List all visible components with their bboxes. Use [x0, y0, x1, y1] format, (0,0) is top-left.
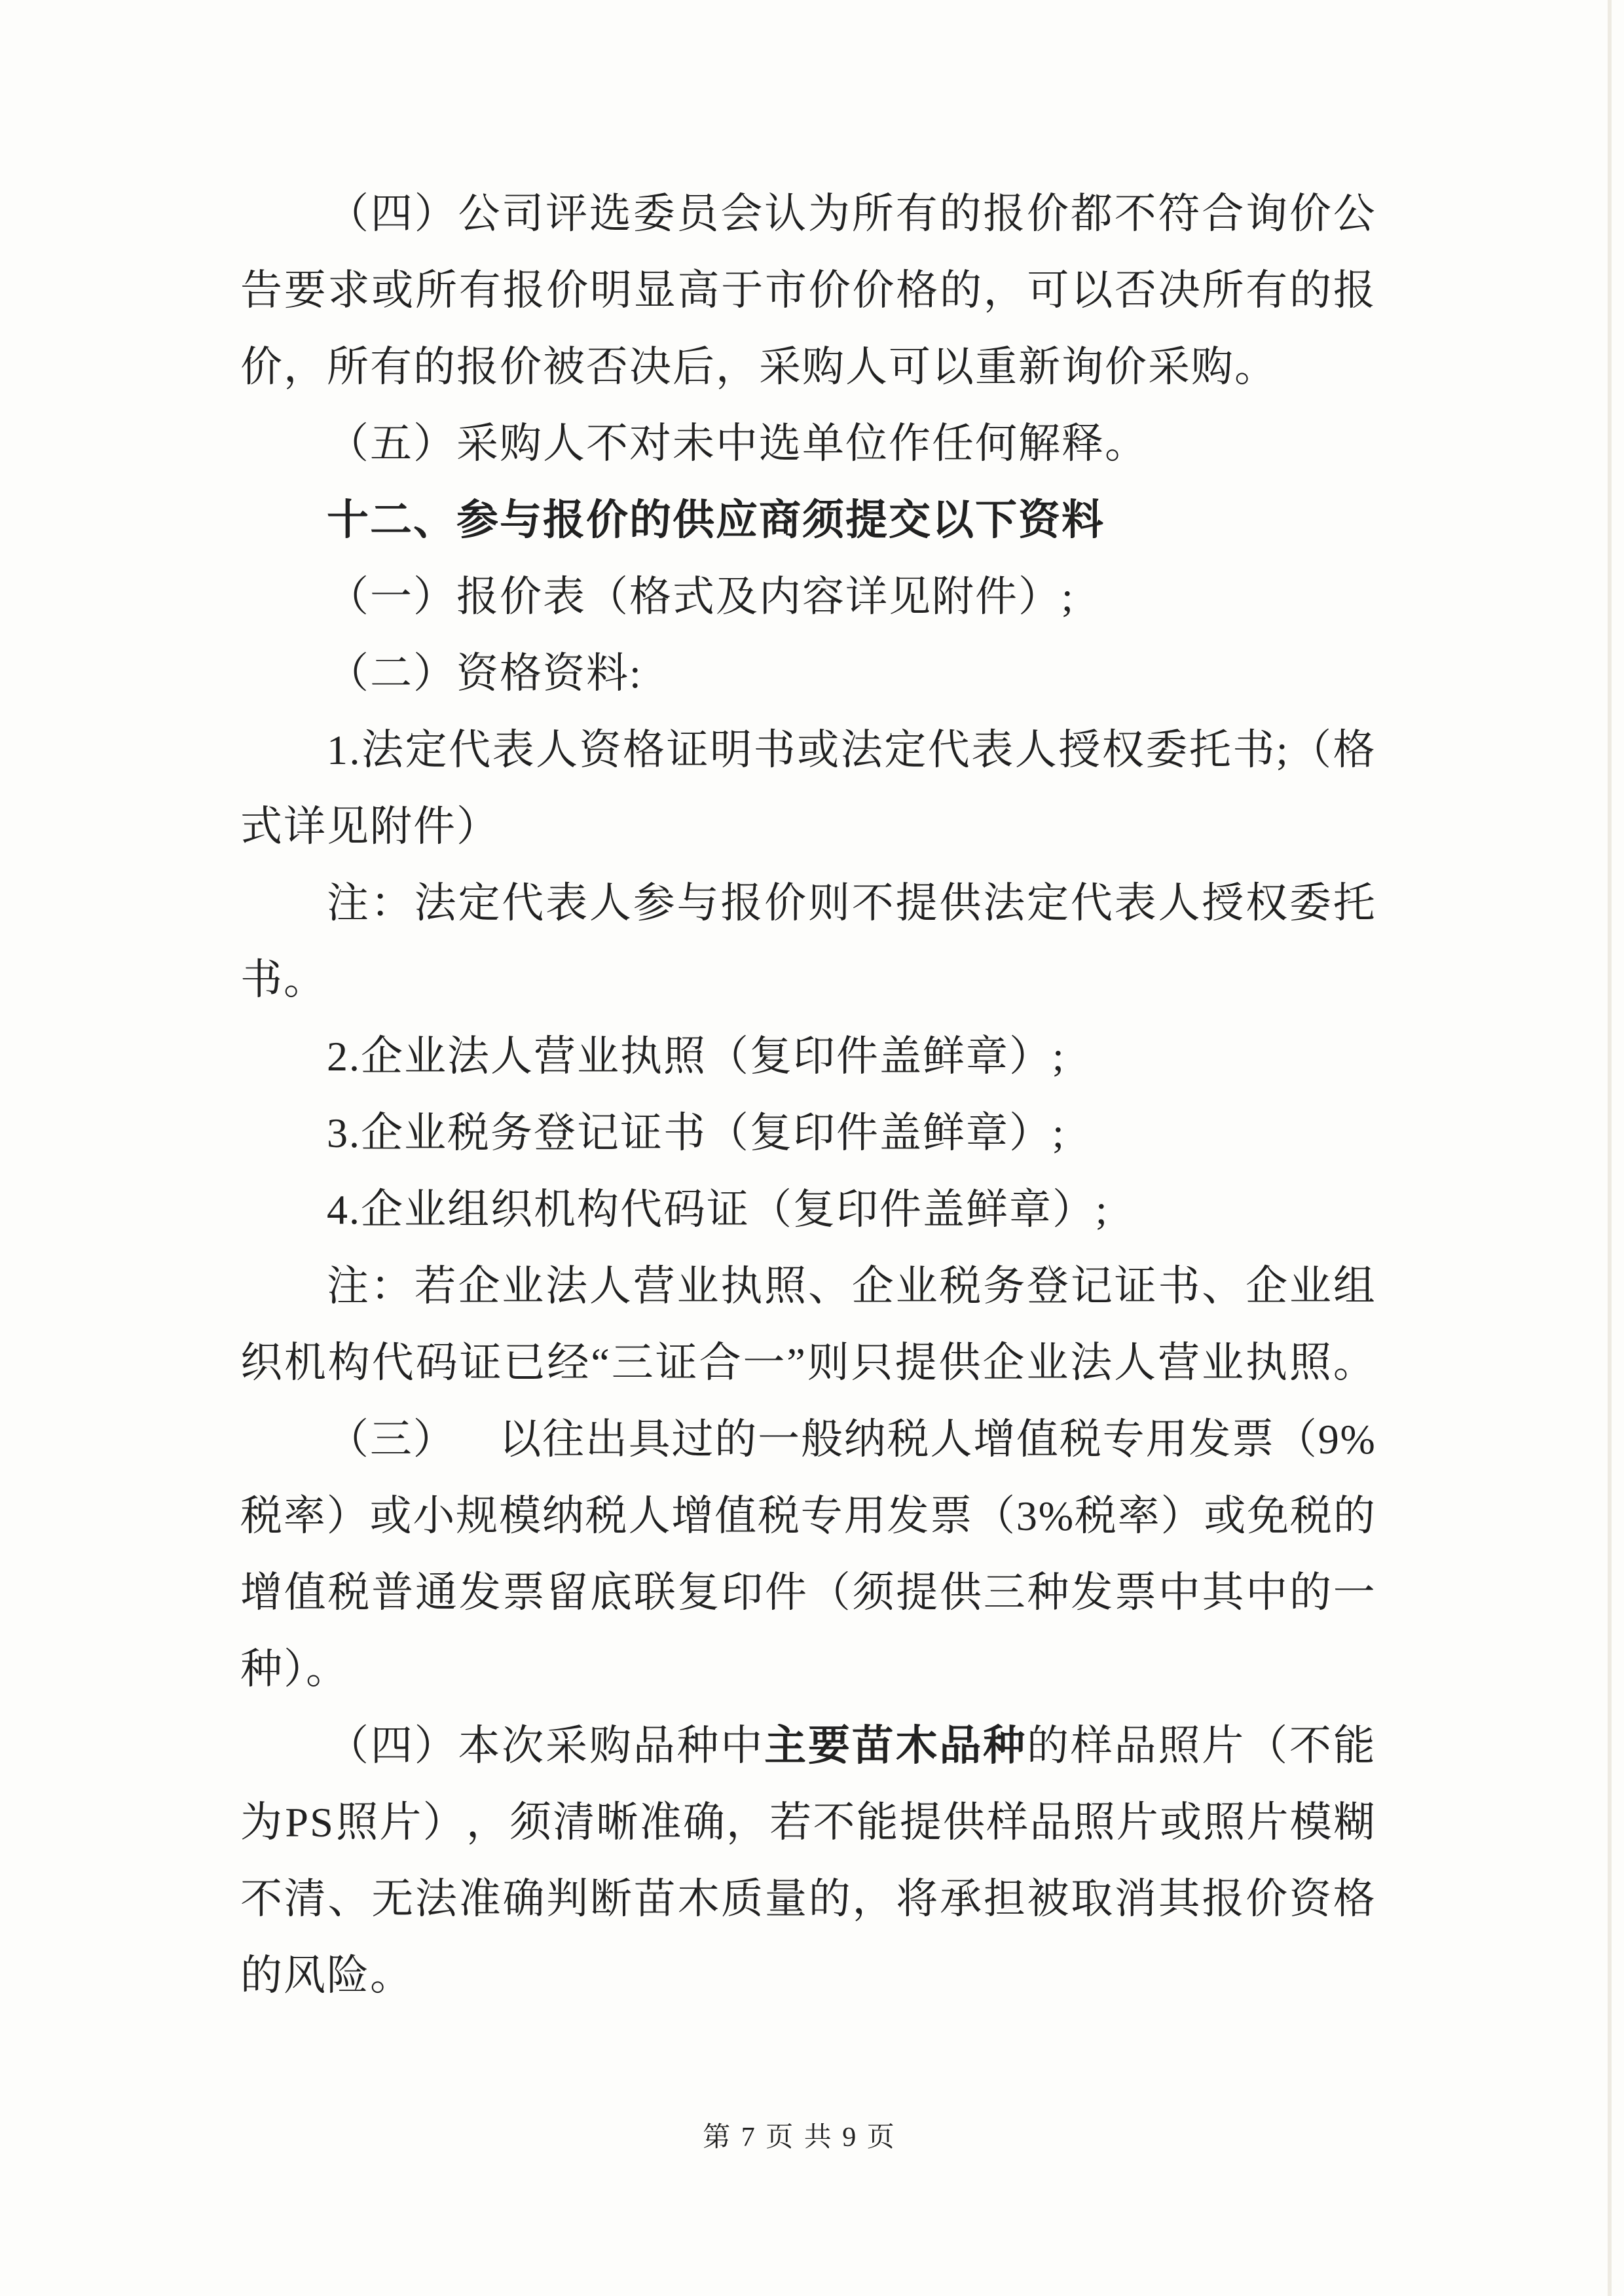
glyph: 资 [580, 712, 621, 788]
text-line-23: 不清、无法准确判断苗木质量的，将承担被取消其报价资格 [240, 1861, 1375, 1937]
glyph: 格 [1333, 1861, 1375, 1937]
glyph: 明 [590, 252, 632, 329]
text-line-14: 4.企业组织机构代码证（复印件盖鲜章）; [240, 1171, 1375, 1248]
glyph: ） [413, 1401, 455, 1478]
glyph: 增 [671, 1478, 713, 1554]
glyph: 价 [1027, 175, 1069, 252]
glyph: 能 [857, 1784, 898, 1861]
text-line-3: 价，所有的报价被否决后，采购人可以重新询价采购。 [240, 329, 1375, 405]
glyph: 价 [853, 252, 895, 329]
glyph: 法 [545, 1248, 587, 1324]
glyph: （ [327, 1401, 369, 1478]
glyph: 的 [940, 252, 982, 329]
glyph: 评 [545, 175, 587, 252]
glyph: % [1039, 1478, 1073, 1554]
glyph: 提 [900, 1784, 942, 1861]
glyph: ） [1161, 1478, 1203, 1554]
glyph: 往 [542, 1401, 584, 1478]
glyph: 价 [809, 252, 851, 329]
text-line-8: 1.法定代表人资格证明书或法定代表人授权委托书;（格 [240, 712, 1375, 788]
glyph: 发 [887, 1478, 929, 1554]
glyph: 品 [939, 1707, 981, 1784]
glyph: ; [1276, 712, 1288, 788]
glyph: （ [327, 175, 369, 252]
glyph: 报 [1333, 252, 1375, 329]
glyph: 员 [677, 175, 719, 252]
glyph: 执 [720, 1248, 762, 1324]
glyph: 委 [633, 175, 675, 252]
glyph: 确 [683, 1784, 725, 1861]
text-segment: 的风险。 [240, 1952, 413, 1999]
glyph: 税 [758, 1478, 800, 1554]
glyph: 票 [1232, 1401, 1274, 1478]
glyph: 其 [1158, 1861, 1200, 1937]
glyph: 取 [1071, 1861, 1113, 1937]
glyph: 品 [1115, 1707, 1156, 1784]
text-segment: 式详见附件） [240, 803, 500, 850]
text-segment: 种）。 [240, 1646, 349, 1692]
glyph: 一 [743, 1324, 784, 1401]
glyph: 企 [1246, 1248, 1287, 1324]
glyph: 司 [502, 175, 544, 252]
glyph: 登 [1027, 1248, 1069, 1324]
glyph: 会 [720, 175, 762, 252]
glyph: 定 [458, 865, 500, 941]
glyph: 印 [721, 1554, 763, 1631]
glyph: 将 [896, 1861, 938, 1937]
glyph: 过 [672, 1401, 714, 1478]
glyph: 证 [460, 1324, 502, 1401]
glyph: 发 [1071, 1554, 1113, 1631]
glyph: 供 [938, 1324, 980, 1401]
glyph: ， [984, 252, 1025, 329]
glyph: 托 [1333, 865, 1375, 941]
glyph: 准 [459, 1861, 501, 1937]
text-line-12: 2.企业法人营业执照（复印件盖鲜章）; [240, 1018, 1375, 1095]
glyph: 营 [1158, 1324, 1200, 1401]
glyph: 小 [413, 1478, 454, 1554]
glyph: 格 [623, 712, 665, 788]
glyph: 的 [1333, 1478, 1375, 1554]
glyph: 、 [1202, 1248, 1244, 1324]
glyph: 照 [1203, 1784, 1245, 1861]
text-segment: （二）资格资料: [327, 650, 642, 697]
glyph: 所 [1202, 252, 1244, 329]
glyph: 不 [1289, 1707, 1331, 1784]
glyph: 人 [1158, 865, 1200, 941]
glyph: 照 [336, 1784, 378, 1861]
glyph: 消 [1115, 1861, 1156, 1937]
glyph: 本 [458, 1707, 500, 1784]
glyph: 告 [240, 252, 282, 329]
glyph: 构 [328, 1324, 370, 1401]
glyph: 出 [585, 1401, 627, 1478]
glyph: 不 [240, 1861, 282, 1937]
glyph: 法 [983, 865, 1025, 941]
glyph: 不 [813, 1784, 855, 1861]
glyph: 无 [371, 1861, 413, 1937]
glyph: 资 [1289, 1861, 1331, 1937]
glyph: 纳 [542, 1478, 584, 1554]
glyph: ： [371, 1248, 413, 1324]
glyph: 有 [459, 252, 501, 329]
glyph: 于 [721, 252, 763, 329]
glyph: ” [786, 1324, 805, 1401]
glyph: 值 [284, 1554, 326, 1631]
glyph: P [285, 1784, 308, 1861]
page-footer: 第 7 页 共 9 页 [0, 2115, 1599, 2160]
glyph: 纳 [844, 1401, 886, 1478]
text-line-1: （四）公司评选委员会认为所有的报价都不符合询价公 [240, 175, 1375, 252]
glyph: 照 [764, 1248, 806, 1324]
text-segment: 2.企业法人营业执照（复印件盖鲜章）; [327, 1033, 1065, 1080]
glyph: 或 [1160, 1784, 1202, 1861]
glyph: 三 [984, 1554, 1025, 1631]
glyph: 定 [884, 712, 926, 788]
glyph: 合 [1202, 175, 1244, 252]
glyph: 9 [1318, 1401, 1339, 1478]
glyph: “ [591, 1324, 609, 1401]
glyph: 组 [1333, 1248, 1375, 1324]
glyph: 人 [536, 712, 578, 788]
glyph: 所 [852, 175, 894, 252]
glyph: 照 [1289, 1324, 1331, 1401]
glyph: 为 [240, 1784, 282, 1861]
glyph: 提 [896, 865, 938, 941]
glyph: 定 [1027, 865, 1069, 941]
glyph: 、 [328, 1861, 370, 1937]
glyph: 种 [983, 1707, 1025, 1784]
glyph: 明 [710, 712, 752, 788]
glyph: 人 [1114, 1324, 1156, 1401]
glyph: 中 [1246, 1554, 1287, 1631]
glyph: 底 [590, 1554, 632, 1631]
glyph: 代 [502, 865, 544, 941]
glyph: 照 [1158, 1707, 1200, 1784]
text-line-24: 的风险。 [240, 1937, 1375, 2014]
glyph: 普 [371, 1554, 413, 1631]
glyph: 木 [678, 1861, 720, 1937]
glyph: 公 [458, 175, 500, 252]
text-line-22: 为 PS 照片），须清晰准确，若不能提供样品照片或照片模糊 [240, 1784, 1375, 1861]
glyph: 的 [1289, 252, 1331, 329]
text-line-11: 书。 [240, 941, 1375, 1018]
glyph: 采 [545, 1707, 587, 1784]
glyph: 以 [1071, 252, 1113, 329]
glyph: 代 [928, 712, 970, 788]
glyph: 值 [1016, 1401, 1058, 1478]
glyph: 须 [853, 1554, 895, 1631]
glyph: 市 [765, 252, 807, 329]
text-segment: （一）报价表（格式及内容详见附件）; [327, 574, 1075, 620]
glyph: 报 [720, 865, 762, 941]
glyph: 四 [371, 175, 413, 252]
glyph: 免 [1247, 1478, 1289, 1554]
glyph: 则 [807, 1324, 849, 1401]
glyph: 合 [699, 1324, 741, 1401]
glyph: 税 [328, 1554, 370, 1631]
glyph: 执 [1246, 1324, 1287, 1401]
text-line-7: （二）资格资料: [240, 635, 1375, 712]
scan-edge-artifact [1608, 0, 1612, 2296]
text-line-4: （五）采购人不对未中选单位作任何解释。 [240, 405, 1375, 482]
glyph: ） [423, 1784, 465, 1861]
text-segment: 价，所有的报价被否决后，采购人可以重新询价采购。 [240, 344, 1278, 390]
glyph: 留 [546, 1554, 588, 1631]
glyph: 中 [1158, 1554, 1200, 1631]
glyph: 四 [371, 1707, 413, 1784]
glyph: 木 [896, 1707, 938, 1784]
glyph: ， [466, 1784, 508, 1861]
glyph: （ [1289, 712, 1331, 788]
glyph: 次 [502, 1707, 544, 1784]
glyph: 业 [1289, 1248, 1331, 1324]
glyph: 法 [361, 712, 403, 788]
glyph: （ [1275, 1401, 1317, 1478]
glyph: 不 [852, 865, 894, 941]
glyph: 须 [509, 1784, 551, 1861]
glyph: 增 [240, 1554, 282, 1631]
glyph: 清 [284, 1861, 326, 1937]
glyph: 人 [1015, 712, 1057, 788]
glyph: 片 [1202, 1707, 1244, 1784]
glyph: 专 [801, 1478, 843, 1554]
glyph: 担 [984, 1861, 1025, 1937]
glyph: 定 [405, 712, 447, 788]
glyph: 或 [797, 712, 839, 788]
glyph: 若 [415, 1248, 456, 1324]
glyph: 税 [585, 1478, 627, 1554]
glyph: 业 [896, 1248, 938, 1324]
glyph: 的 [809, 1861, 851, 1937]
glyph: 书 [754, 712, 796, 788]
glyph: 业 [677, 1248, 719, 1324]
glyph: 供 [943, 1784, 985, 1861]
glyph: ， [726, 1784, 768, 1861]
text-line-21: （四）本次采购品种中主要苗木品种的样品照片（不能 [240, 1707, 1375, 1784]
glyph: 3 [1016, 1478, 1037, 1554]
glyph: 已 [504, 1324, 545, 1401]
glyph: 要 [808, 1707, 850, 1784]
glyph: 否 [1115, 252, 1156, 329]
glyph: 表 [971, 712, 1013, 788]
glyph: 具 [629, 1401, 671, 1478]
glyph: 报 [503, 252, 545, 329]
glyph: 购 [589, 1707, 631, 1784]
glyph: 通 [415, 1554, 457, 1631]
text-line-16: 织机构代码证已经“三证合一”则只提供企业法人营业执照。 [240, 1324, 1375, 1401]
glyph: 的 [714, 1401, 756, 1478]
glyph: 种 [1027, 1554, 1069, 1631]
document-body: （四）公司评选委员会认为所有的报价都不符合询价公告要求或所有报价明显高于市价价格… [240, 175, 1375, 2014]
glyph: ） [415, 1707, 456, 1784]
glyph: 其 [1202, 1554, 1244, 1631]
glyph: 法 [415, 865, 456, 941]
glyph: 清 [553, 1784, 595, 1861]
glyph: 糊 [1333, 1784, 1375, 1861]
glyph: 报 [1202, 1861, 1244, 1937]
glyph: 模 [499, 1478, 541, 1554]
glyph: 机 [284, 1324, 326, 1401]
glyph: 判 [546, 1861, 588, 1937]
glyph: 业 [1026, 1324, 1068, 1401]
glyph: 价 [764, 865, 806, 941]
glyph: 注 [327, 865, 369, 941]
glyph: 提 [895, 1324, 937, 1401]
glyph: 中 [720, 1707, 762, 1784]
glyph: 求 [328, 252, 370, 329]
text-line-10: 注：法定代表人参与报价则不提供法定代表人授权委托 [240, 865, 1375, 941]
glyph: 格 [1333, 712, 1375, 788]
glyph: 照 [1073, 1784, 1115, 1861]
glyph: 苗 [852, 1707, 894, 1784]
glyph: 税 [887, 1401, 929, 1478]
glyph: 、 [808, 1248, 850, 1324]
glyph: 法 [415, 1861, 457, 1937]
text-line-19: 增值税普通发票留底联复印件（须提供三种发票中其中的一 [240, 1554, 1375, 1631]
text-line-20: 种）。 [240, 1631, 1375, 1707]
glyph: （ [1246, 1707, 1287, 1784]
glyph: 供 [940, 1554, 982, 1631]
glyph: 发 [1189, 1401, 1230, 1478]
glyph: 税 [1075, 1478, 1116, 1554]
glyph: 率 [284, 1478, 325, 1554]
glyph: 参 [633, 865, 675, 941]
glyph: 样 [986, 1784, 1028, 1861]
glyph: 复 [678, 1554, 720, 1631]
glyph: 主 [764, 1707, 806, 1784]
glyph: 书 [1158, 1248, 1200, 1324]
glyph: ， [853, 1861, 895, 1937]
glyph: 高 [678, 252, 720, 329]
glyph: 授 [1058, 712, 1100, 788]
glyph: 增 [973, 1401, 1015, 1478]
glyph: 不 [1115, 175, 1156, 252]
glyph: 品 [1029, 1784, 1071, 1861]
glyph: 人 [930, 1401, 972, 1478]
glyph: 所 [415, 252, 457, 329]
glyph: 被 [1027, 1861, 1069, 1937]
glyph: 价 [1289, 175, 1331, 252]
glyph: 专 [1103, 1401, 1145, 1478]
glyph: 一 [1333, 1554, 1375, 1631]
glyph: 与 [677, 865, 719, 941]
glyph: 票 [930, 1478, 972, 1554]
text-segment: 3.企业税务登记证书（复印件盖鲜章）; [327, 1110, 1065, 1156]
glyph: 证 [1115, 1248, 1156, 1324]
glyph: 件 [765, 1554, 807, 1631]
glyph: 1 [327, 712, 348, 788]
glyph: 则 [808, 865, 850, 941]
glyph: 价 [1246, 1861, 1287, 1937]
glyph: 税 [939, 1248, 981, 1324]
glyph: 片 [1246, 1784, 1288, 1861]
glyph: 只 [851, 1324, 893, 1401]
glyph: 票 [503, 1554, 545, 1631]
glyph: 片 [1116, 1784, 1158, 1861]
glyph: 联 [634, 1554, 676, 1631]
glyph: 可 [1027, 252, 1069, 329]
glyph: 。 [1333, 1324, 1375, 1401]
glyph: 法 [1070, 1324, 1112, 1401]
glyph: 证 [655, 1324, 697, 1401]
glyph: 码 [416, 1324, 458, 1401]
glyph: 表 [1115, 865, 1156, 941]
text-segment: 书。 [240, 957, 327, 1003]
glyph: ） [415, 175, 456, 252]
glyph: 代 [449, 712, 490, 788]
glyph: 三 [370, 1401, 412, 1478]
glyph: 票 [1115, 1554, 1156, 1631]
glyph: 税 [1290, 1478, 1332, 1554]
glyph: 一 [758, 1401, 800, 1478]
glyph: 般 [801, 1401, 843, 1478]
glyph: 认 [764, 175, 806, 252]
glyph: 承 [940, 1861, 982, 1937]
glyph: 企 [852, 1248, 894, 1324]
glyph: 织 [240, 1324, 282, 1401]
text-line-18: 税率）或小规模纳税人增值税专用发票（3%税率）或免税的 [240, 1478, 1375, 1554]
glyph: （ [809, 1554, 851, 1631]
glyph: 权 [1102, 712, 1144, 788]
glyph: 苗 [634, 1861, 676, 1937]
glyph: 用 [844, 1478, 886, 1554]
glyph: 或 [371, 252, 413, 329]
glyph: 人 [628, 1478, 670, 1554]
glyph: 人 [589, 865, 631, 941]
text-line-17: （三） 以往出具过的一般纳税人增值税专用发票（9% [240, 1401, 1375, 1478]
glyph: 企 [982, 1324, 1024, 1401]
glyph: 的 [1027, 1707, 1069, 1784]
text-line-15: 注：若企业法人营业执照、企业税务登记证书、企业组 [240, 1248, 1375, 1324]
glyph: 企 [458, 1248, 500, 1324]
glyph: 税 [1060, 1401, 1101, 1478]
text-segment: 十二、参与报价的供应商须提交以下资料 [327, 497, 1105, 543]
glyph: 确 [503, 1861, 545, 1937]
glyph: 的 [1289, 1554, 1331, 1631]
glyph: 人 [589, 1248, 631, 1324]
glyph: 为 [808, 175, 850, 252]
text-segment: 4.企业组织机构代码证（复印件盖鲜章）; [327, 1186, 1109, 1233]
glyph: （ [973, 1478, 1015, 1554]
glyph: 以 [499, 1401, 541, 1478]
glyph: . [350, 712, 360, 788]
glyph: 务 [983, 1248, 1025, 1324]
text-line-6: （一）报价表（格式及内容详见附件）; [240, 558, 1375, 635]
glyph: 表 [545, 865, 587, 941]
glyph: 格 [896, 252, 938, 329]
text-segment: （五）采购人不对未中选单位作任何解释。 [327, 420, 1148, 467]
glyph: 值 [714, 1478, 756, 1554]
page-number-label: 第 7 页 共 9 页 [703, 2123, 896, 2153]
glyph: 书 [1232, 712, 1274, 788]
glyph: 的 [939, 175, 981, 252]
glyph: 规 [456, 1478, 498, 1554]
glyph: S [310, 1784, 333, 1861]
glyph: 模 [1290, 1784, 1332, 1861]
glyph: 片 [379, 1784, 421, 1861]
glyph: 或 [369, 1478, 411, 1554]
glyph: 代 [372, 1324, 414, 1401]
glyph: 委 [1289, 865, 1331, 941]
glyph: 有 [1246, 252, 1287, 329]
glyph: 有 [896, 175, 938, 252]
glyph: 价 [546, 252, 588, 329]
glyph: 都 [1071, 175, 1113, 252]
glyph: 代 [1071, 865, 1113, 941]
glyph: 营 [633, 1248, 675, 1324]
glyph: 选 [589, 175, 631, 252]
